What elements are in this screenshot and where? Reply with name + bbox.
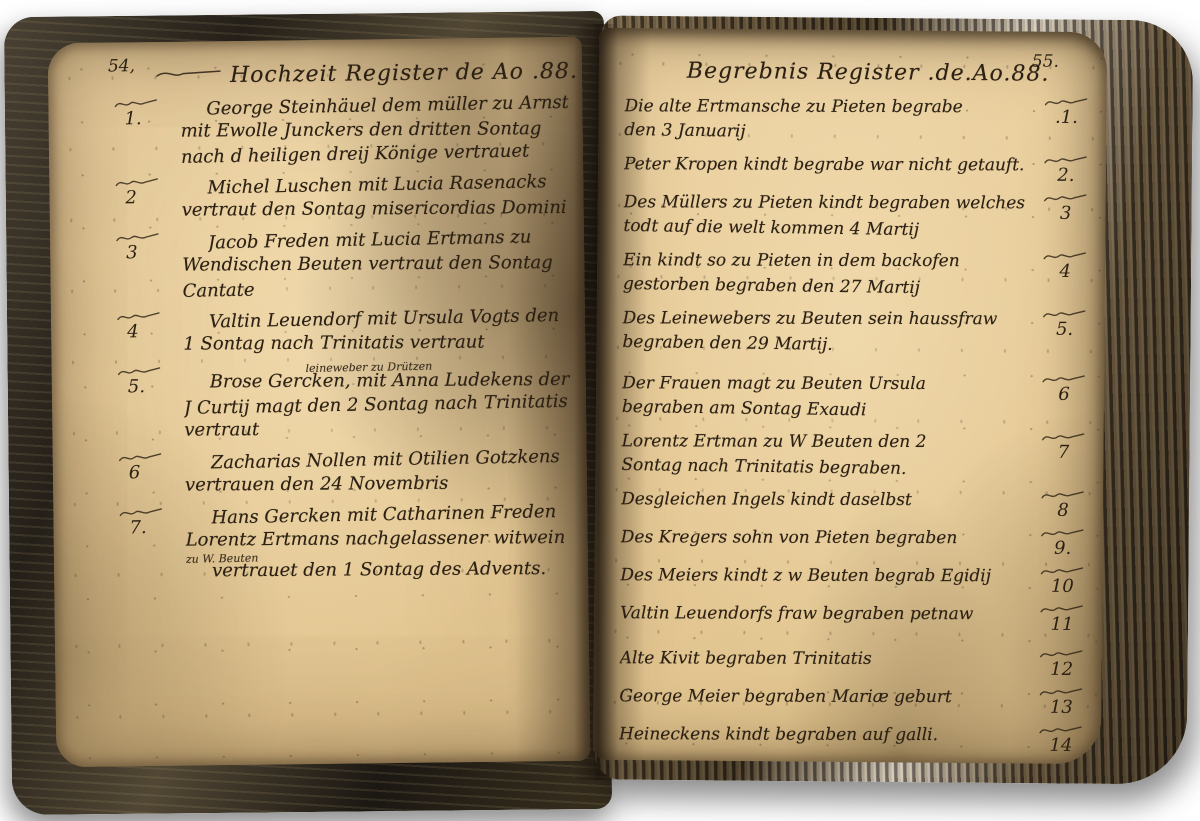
entry-flourish-icon (1042, 431, 1086, 443)
entry-flourish-icon (1042, 373, 1086, 385)
entry-number: 13 (1029, 686, 1093, 719)
handwritten-line: Cantate (182, 273, 570, 304)
marriage-entries: 1.George Steinhäuel dem müller zu Arnsto… (78, 92, 574, 593)
entry-text: Valtin Leuendorf mit Ursula Vogts den1 S… (209, 305, 572, 357)
entry-number: 2. (1034, 154, 1098, 187)
left-page-title: Hochzeit Register de Ao .88. (156, 59, 578, 89)
handwritten-line: Peter Kropen kindt begrabe war nicht get… (624, 151, 1034, 178)
register-entry: Des Kregers sohn von Pieten begraben9. (609, 523, 1095, 559)
register-entry: 6Zacharias Nollen mit Otilien Gotzkensve… (83, 446, 574, 500)
entry-text: Heineckens kindt begraben auf galli. (607, 720, 1029, 756)
entry-text: Peter Kropen kindt begrabe war nicht get… (612, 150, 1034, 186)
entry-number: 6 (1032, 373, 1096, 426)
entry-flourish-icon (1040, 603, 1084, 615)
register-entry: Peter Kropen kindt begrabe war nicht get… (612, 150, 1098, 186)
handwritten-line: Des Meiers kindt z w Beuten begrab Egidi… (620, 562, 1030, 589)
entry-text: Des Müllers zu Pieten kindt begraben wel… (611, 188, 1033, 244)
entry-flourish-icon (1044, 192, 1088, 204)
handwritten-line: vertrauet den 1 Sontag des Advents. (212, 557, 574, 584)
register-entry: Lorentz Ertman zu W Beuten den 2Sontag n… (609, 427, 1095, 483)
burial-entries: Die alte Ertmansche zu Pieten begrabeden… (607, 92, 1099, 762)
handwritten-line: gestorben begraben den 27 Martij (623, 271, 1033, 303)
entry-text: Desgleichen Ingels kindt daselbst (609, 485, 1031, 521)
register-entry: Des Müllers zu Pieten kindt begraben wel… (611, 188, 1097, 244)
entry-flourish-icon (119, 451, 163, 464)
entry-text: Alte Kivit begraben Trinitatis (608, 644, 1030, 680)
right-title-text: Begrebnis Register .de.Ao.88. (687, 59, 1050, 87)
left-page: 54, Hochzeit Register de Ao .88. 1.Georg… (48, 37, 591, 767)
entry-text: George Steinhäuel dem müller zu Arnstorf… (206, 92, 569, 168)
register-entry: 7.Hans Gercken mit Catharinen FredenLore… (83, 501, 574, 586)
register-entry: 3Jacob Freden mit Lucia Ertmans zuWendis… (80, 226, 571, 304)
entry-number: 14 (1029, 724, 1093, 757)
entry-number: 9. (1031, 527, 1095, 560)
entry-flourish-icon (1039, 686, 1083, 698)
entry-number: .1. (1034, 96, 1098, 149)
register-entry: 4Valtin Leuendorf mit Ursula Vogts den1 … (81, 305, 572, 359)
entry-text: Lorentz Ertman zu W Beuten den 2Sontag n… (609, 427, 1031, 483)
right-page: 55. Begrebnis Register .de.Ao.88. Die al… (593, 28, 1107, 764)
handwritten-line: Die alte Ertmansche zu Pieten begrabe (624, 93, 1034, 120)
register-entry: 1.George Steinhäuel dem müller zu Arnsto… (78, 92, 569, 170)
entry-text: Jacob Freden mit Lucia Ertmans zuWendisc… (208, 226, 571, 302)
handwritten-line: begraben am Sontag Exaudi (622, 394, 1032, 426)
handwritten-line: todt auf die welt kommen 4 Martij (623, 213, 1033, 245)
register-entry: Valtin Leuendorfs fraw begraben petnaw11 (608, 599, 1094, 635)
entry-flourish-icon (114, 97, 158, 110)
entry-text: Des Kregers sohn von Pieten begraben (609, 523, 1031, 559)
entry-number: 8 (1031, 489, 1095, 522)
entry-flourish-icon (1043, 308, 1087, 320)
entry-text: Michel Luschen mit Lucia Rasenacksvertra… (207, 171, 570, 223)
entry-flourish-icon (116, 231, 160, 244)
register-entry: Des Meiers kindt z w Beuten begrab Egidi… (608, 561, 1094, 597)
handwritten-line: George Meier begraben Mariæ geburt (619, 683, 1029, 710)
handwritten-line: Des Kregers sohn von Pieten begraben (621, 524, 1031, 551)
register-entry: 2Michel Luschen mit Lucia Rasenacksvertr… (79, 171, 570, 225)
handwritten-line: Sontag nach Trinitatis begraben. (621, 452, 1031, 484)
register-entry: Desgleichen Ingels kindt daselbst8 (609, 485, 1095, 521)
handwritten-line: Des Müllers zu Pieten kindt begraben wel… (624, 189, 1034, 216)
register-entry: Heineckens kindt begraben auf galli.14 (607, 720, 1093, 756)
entry-text: Die alte Ertmansche zu Pieten begrabeden… (612, 92, 1034, 148)
entry-flourish-icon (115, 176, 159, 189)
register-entry: Ein kindt so zu Pieten in dem backofenge… (611, 246, 1097, 302)
entry-flourish-icon (119, 506, 163, 519)
entry-number: 5. (1032, 308, 1096, 361)
entry-text: Zacharias Nollen mit Otilien Gotzkensver… (211, 446, 574, 498)
entry-text: Valtin Leuendorfs fraw begraben petnaw (608, 599, 1030, 635)
register-entry: 5.leineweber zu DrützenBrose Gercken, mi… (82, 360, 573, 445)
register-entry: Des Leinewebers zu Beuten sein haussfraw… (610, 304, 1096, 360)
handwritten-line: vertrauen den 24 Novembris (185, 471, 573, 498)
handwritten-line: Der Frauen magt zu Beuten Ursula (622, 370, 1032, 397)
entry-flourish-icon (1044, 154, 1088, 166)
entry-number: 11 (1030, 603, 1094, 636)
entry-flourish-icon (1040, 648, 1084, 660)
register-entry: Alte Kivit begraben Trinitatis12 (608, 644, 1094, 680)
entry-text: Hans Gercken mit Catharinen FredenLorent… (211, 501, 574, 584)
handwritten-line: Alte Kivit begraben Trinitatis (620, 645, 1030, 672)
entry-flourish-icon (1040, 565, 1084, 577)
entry-text: leineweber zu DrützenBrose Gercken, mit … (210, 360, 573, 443)
handwritten-line: vertraut (184, 416, 572, 443)
manuscript-photo: 54, Hochzeit Register de Ao .88. 1.Georg… (0, 0, 1200, 821)
entry-flourish-icon (1045, 96, 1089, 108)
handwritten-line: 1 Sontag nach Trinitatis vertraut (183, 330, 571, 357)
entry-number: 7 (1031, 431, 1095, 484)
register-entry: George Meier begraben Mariæ geburt13 (607, 682, 1093, 718)
left-title-text: Hochzeit Register de Ao .88. (230, 59, 578, 88)
handwritten-line: den 3 Januarij (624, 117, 1034, 149)
handwritten-line: nach d heiligen dreij Könige vertrauet (181, 139, 569, 170)
left-page-number: 54, (108, 56, 135, 76)
title-flourish-icon (156, 67, 222, 80)
register-entry: Die alte Ertmansche zu Pieten begrabeden… (612, 92, 1098, 148)
handwritten-line: Ein kindt so zu Pieten in dem backofen (623, 247, 1033, 274)
entry-number: 3 (1033, 192, 1097, 245)
register-entry: Der Frauen magt zu Beuten Ursulabegraben… (610, 369, 1096, 425)
handwritten-line: Lorentz Ertman zu W Beuten den 2 (622, 428, 1032, 455)
entry-number: 12 (1030, 648, 1094, 681)
entry-text: Der Frauen magt zu Beuten Ursulabegraben… (610, 369, 1032, 425)
entry-text: George Meier begraben Mariæ geburt (607, 682, 1029, 718)
entry-text: Des Leinewebers zu Beuten sein haussfraw… (610, 304, 1032, 360)
entry-text: Des Meiers kindt z w Beuten begrab Egidi… (608, 561, 1030, 597)
entry-flourish-icon (1043, 250, 1087, 262)
handwritten-line: begraben den 29 Martij. (622, 329, 1032, 361)
entry-flourish-icon (1041, 527, 1085, 539)
handwritten-line: vertraut den Sontag misericordias Domini (182, 196, 570, 223)
right-page-title: Begrebnis Register .de.Ao.88. (687, 59, 1050, 87)
handwritten-line: Desgleichen Ingels kindt daselbst (621, 486, 1031, 513)
handwritten-line: Des Leinewebers zu Beuten sein haussfraw (623, 305, 1033, 332)
entry-flourish-icon (1041, 489, 1085, 501)
entry-text: Ein kindt so zu Pieten in dem backofenge… (611, 246, 1033, 302)
handwritten-line: Heineckens kindt begraben auf galli. (619, 721, 1029, 748)
handwritten-line: Valtin Leuendorfs fraw begraben petnaw (620, 600, 1030, 627)
entry-flourish-icon (117, 310, 161, 323)
entry-flourish-icon (1039, 724, 1083, 736)
entry-number: 10 (1030, 565, 1094, 598)
entry-number: 4 (1033, 250, 1097, 303)
entry-flourish-icon (118, 365, 162, 378)
